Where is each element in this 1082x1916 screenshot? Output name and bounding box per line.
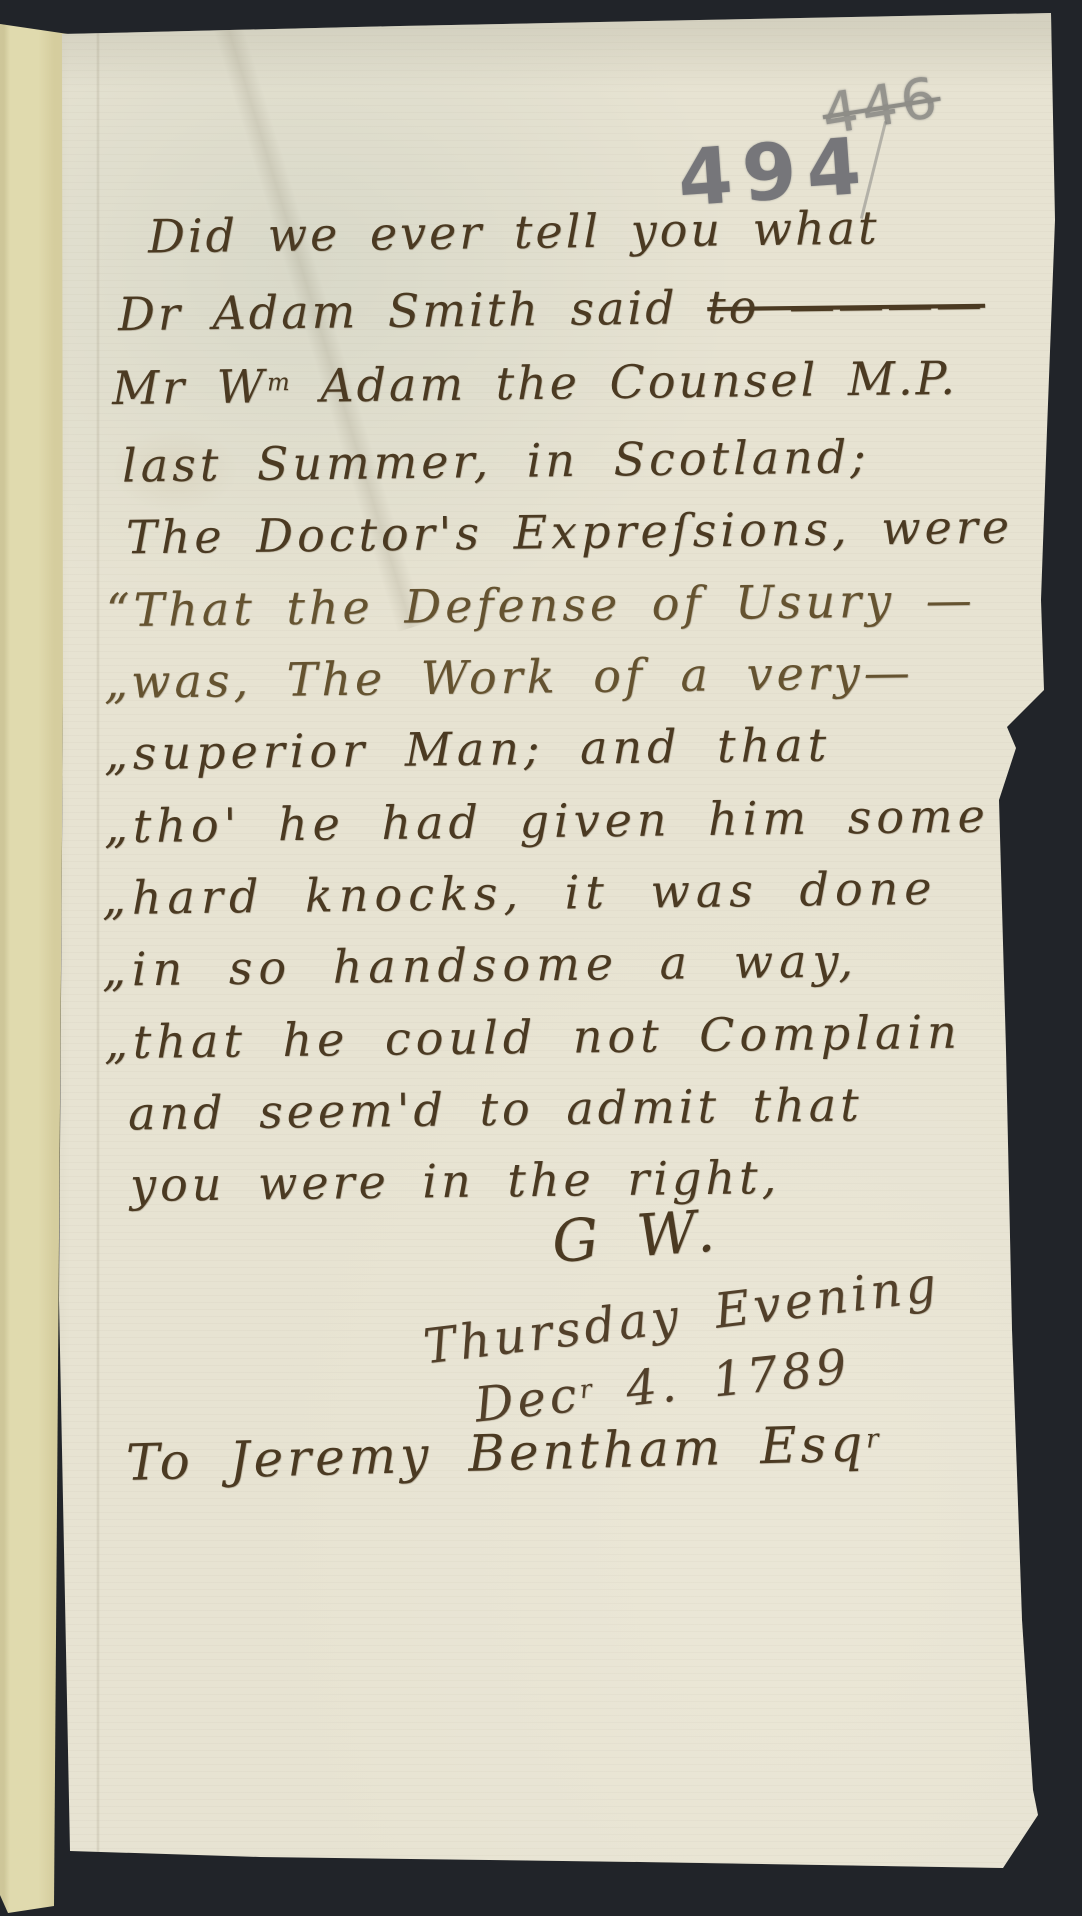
manuscript-line: „hard knocks, it was done: [102, 861, 938, 925]
manuscript-line: „tho' he had given him some: [104, 789, 990, 854]
manuscript-line: „that he could not Complain: [104, 1005, 962, 1069]
superscript-text: m: [267, 368, 291, 396]
line-text: Mr W: [112, 359, 268, 415]
address-line: To Jeremy Bentham Esqr: [125, 1414, 880, 1492]
struck-out-text: to ————: [707, 277, 985, 334]
line-text: To Jeremy Bentham Esq: [125, 1414, 867, 1491]
manuscript-line: Dr Adam Smith said to ————: [118, 277, 986, 342]
manuscript-line: The Doctor's Expreſsions, were: [126, 500, 1014, 565]
line-text: 4. 1789: [590, 1338, 853, 1421]
superscript-text: r: [866, 1424, 880, 1454]
manuscript-line: Mr Wm Adam the Counsel M.P.: [112, 351, 958, 415]
line-text: Dr Adam Smith said: [118, 280, 708, 341]
photo-background: 446 494 Did we ever tell you what Dr Ada…: [0, 0, 1082, 1916]
manuscript-line: „was, The Work of a very—: [104, 645, 914, 709]
fold-crease-vertical: [96, 30, 100, 1855]
manuscript-line: „superior Man; and that: [104, 718, 832, 781]
manuscript-line: „in so handsome a way,: [102, 933, 860, 996]
line-text: Adam the Counsel M.P.: [290, 351, 958, 413]
manuscript-line: and seem'd to admit that: [128, 1078, 863, 1141]
manuscript-page: 446 494 Did we ever tell you what Dr Ada…: [0, 0, 1082, 1916]
manuscript-line: Did we ever tell you what: [148, 201, 880, 264]
manuscript-line: last Summer, in Scotland;: [122, 429, 870, 492]
signature-initials: G W.: [550, 1196, 727, 1276]
manuscript-line: “That the Defense of Usury —: [106, 573, 976, 638]
